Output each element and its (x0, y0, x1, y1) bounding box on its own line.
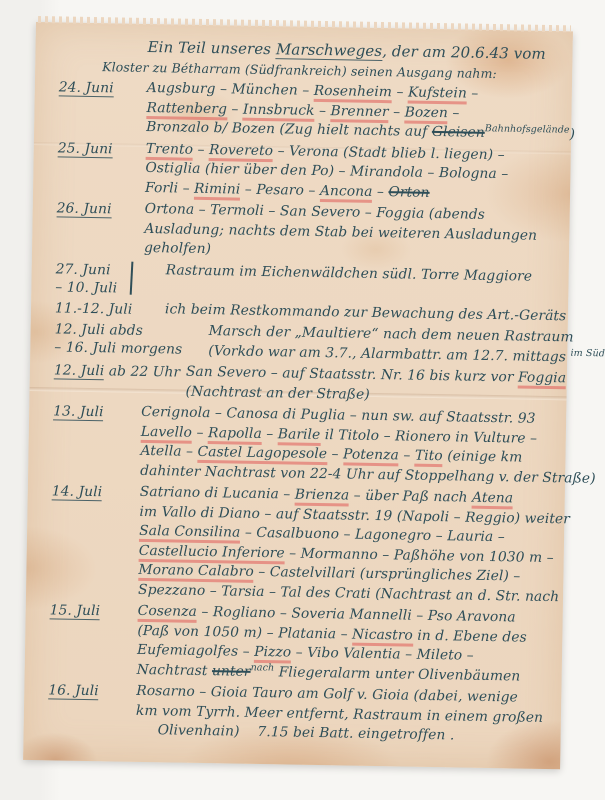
text-run-red: Rapolla (208, 425, 262, 445)
text-run: Fliegeralarm unter Olivenbäumen (274, 664, 520, 684)
entry-text: Rastraum im Eichenwäldchen südl. Torre M… (143, 260, 563, 304)
text-run-inkline: 26. Juni (57, 200, 112, 218)
text-run: Bronzalo b/ Bozen (Zug hielt nachts auf (146, 119, 432, 140)
entry-text: Satriano di Lucania – Brienza – über Paß… (138, 483, 570, 607)
entry-date-line: 26. Juni (57, 199, 145, 219)
text-run: – Mormanno – Paßhöhe von 1030 m – (285, 545, 554, 566)
text-run-strike: Gleisen (432, 124, 485, 141)
page-content: Ein Teil unseres Marschweges, der am 20.… (23, 22, 573, 769)
text-run: geholfen) (144, 240, 211, 257)
text-run: – (262, 426, 278, 442)
text-run: (Paß von 1050 m) – Platania – (137, 622, 352, 642)
entry-date-line: – 16. Juli morgens (54, 338, 142, 358)
entry-date-line: 24. Juni (59, 78, 147, 98)
text-run: , der am 20.6.43 vom (382, 42, 546, 63)
entry-date-line: 16. Juli (48, 681, 136, 701)
scanned-page: Ein Teil unseres Marschweges, der am 20.… (23, 22, 573, 769)
text-run-red: Potenza (343, 446, 399, 466)
entry-row: 24. JuniAugsburg – München – Rosenheim –… (58, 77, 566, 144)
text-run: in d. Ebene des (413, 627, 527, 645)
text-run-red: Morano Calabro (138, 562, 254, 583)
text-run: Eufemiagolfes – (137, 642, 254, 660)
text-run-inkline: 12. Juli (54, 362, 105, 380)
entry-date: 12. Juli abds– 16. Juli morgens (54, 319, 143, 360)
entry-row: 15. JuliCosenza – Rogliano – Soveria Man… (49, 600, 557, 687)
text-run-inkline: 14. Juli (52, 483, 103, 501)
entry-date: 24. Juni (58, 77, 147, 137)
text-run: – (193, 141, 209, 157)
text-run-red: Atena (472, 490, 513, 510)
text-run: (Nachtrast an der Straße) (185, 383, 369, 402)
entry-date-line: 25. Juni (58, 139, 146, 159)
entry-date: 26. Juni (56, 198, 145, 258)
text-run: – Vibo Valentia – Mileto – (291, 645, 474, 664)
entry-date: 11.-12. Juli (55, 298, 143, 319)
text-run: – (392, 84, 408, 100)
text-run: Ortona – Termoli – San Severo – Foggia (… (145, 201, 485, 223)
text-run-inkline: 16. Juli (48, 682, 99, 700)
text-run: Satriano di Lucania – (140, 484, 295, 503)
text-run-red: Lavello (141, 423, 193, 443)
text-run: (einige km (443, 448, 523, 465)
text-run-inkline: 24. Juni (59, 79, 114, 97)
text-run-red: Rovereto (209, 142, 273, 162)
entry-text: Cosenza – Rogliano – Soveria Mannelli – … (137, 602, 557, 687)
entry-row: 26. JuniOrtona – Termoli – San Severo – … (56, 198, 564, 265)
text-run: – Rogliano – Soveria Mannelli – Pso Arav… (197, 604, 516, 626)
text-run: – (372, 183, 388, 199)
entry-text: San Severo – auf Staatsstr. Nr. 16 bis k… (141, 362, 566, 408)
text-run-red: Cosenza (138, 603, 198, 623)
text-run-sup: nach (251, 662, 275, 673)
text-run: – Verona (Stadt blieb l. liegen) – (273, 143, 505, 163)
text-run: 11.-12. Juli (55, 300, 133, 317)
entry-list: 24. JuniAugsburg – München – Rosenheim –… (47, 77, 565, 747)
entry-date-line: 14. Juli (52, 482, 140, 502)
text-run-red: Rimini (194, 180, 241, 200)
text-run-inkline: 13. Juli (53, 403, 104, 421)
entry-date: 13. Juli (52, 401, 141, 481)
text-run: – (327, 446, 343, 462)
entry-row: 13. JuliCerignola – Canosa di Puglia – n… (52, 401, 560, 488)
entry-date: 15. Juli (49, 600, 138, 680)
entry-row: 12. Juli abds– 16. Juli morgensMarsch de… (54, 319, 562, 367)
entry-row: 12. Juli ab 22 UhrSan Severo – auf Staat… (53, 360, 561, 408)
text-run: – Pesaro – (240, 181, 320, 198)
text-run: – über Paß nach (349, 488, 472, 506)
text-run-red: Brienza (295, 487, 350, 507)
entry-date: 14. Juli (50, 481, 140, 600)
entry-text: Augsburg – München – Rosenheim – Kufstei… (146, 79, 576, 145)
text-run: – (314, 102, 330, 118)
text-run: 27. Juni (56, 261, 111, 278)
entry-date: 25. Juni (57, 138, 146, 198)
text-run: – (399, 447, 415, 463)
text-run: Nachtrast (137, 661, 213, 678)
text-run-inkline: 25. Juni (58, 140, 113, 158)
text-run-red: Castel Lagopesole (197, 444, 327, 465)
text-run-red: Trento (146, 140, 194, 160)
text-run: – (192, 424, 208, 440)
text-run: Augsburg – München – (147, 80, 314, 99)
entry-text: Cerignola – Canosa di Puglia – nun sw. a… (140, 403, 597, 489)
text-run: 12. Juli abds (54, 321, 143, 339)
text-run-red: Barile (278, 426, 321, 446)
text-run-red: Brenner (330, 103, 388, 123)
entry-date-line: 11.-12. Juli (55, 299, 143, 319)
text-run: ich beim Restkommando zur Bewachung des … (165, 301, 567, 324)
text-run-red: Nicastro (352, 626, 413, 646)
text-run-red: Foggia (518, 369, 566, 389)
entry-row: 25. JuniTrento – Rovereto – Verona (Stad… (57, 138, 565, 205)
text-run-red: Tito (415, 448, 443, 467)
text-run: Olivenhain) 7.15 bei Batt. eingetroffen … (158, 722, 455, 743)
text-run: – 10. Juli (55, 279, 117, 296)
text-run: – Casalbuono – Lagonegro – Lauria – (240, 525, 505, 546)
text-run: – (467, 86, 479, 102)
text-run-sup: im Süden (570, 347, 605, 359)
text-run-strike: unter (212, 663, 251, 680)
text-run-red: Rosenheim (314, 83, 393, 103)
entry-date-line: 15. Juli (50, 601, 138, 621)
text-run: il Titolo – Rionero in Vulture – (320, 427, 537, 447)
text-run: – (448, 105, 460, 121)
text-run-red: Bozen (404, 104, 448, 124)
text-run-red: Rattenberg (146, 99, 227, 119)
text-run-strike: Orton (388, 184, 429, 201)
text-run: – Castelvillari (ursprüngliches Ziel) – (254, 564, 521, 585)
text-run: ) (569, 126, 575, 142)
text-run: – (389, 104, 405, 120)
entry-date-line: 13. Juli (53, 402, 141, 422)
text-run: Forli – (145, 179, 194, 196)
entry-date: 16. Juli (47, 680, 136, 740)
text-run-red: Sala Consilina (139, 523, 241, 544)
text-run-inkline: 15. Juli (50, 602, 101, 620)
text-run-red: Kufstein (408, 85, 467, 105)
entry-row: 16. JuliRosarno – Gioia Tauro am Golf v.… (47, 680, 555, 747)
entry-row: 14. JuliSatriano di Lucania – Brienza – … (50, 481, 559, 607)
text-run: – (227, 101, 243, 117)
text-run-inkline: Marschweges (276, 40, 383, 61)
text-run: Atella – (140, 443, 197, 460)
entry-text: Ortona – Termoli – San Severo – Foggia (… (144, 200, 564, 266)
text-run-red: Ancona (320, 182, 373, 202)
text-run: Rastraum im Eichenwäldchen südl. Torre M… (166, 262, 533, 284)
entry-date-line: 12. Juli ab 22 Uhr (54, 361, 142, 381)
entry-text: Rosarno – Gioia Tauro am Golf v. Gioia (… (135, 682, 555, 748)
text-run: San Severo – auf Staatsstr. Nr. 16 bis k… (186, 364, 518, 386)
entry-text: Trento – Rovereto – Verona (Stadt blieb … (145, 139, 565, 205)
entry-date: 12. Juli ab 22 Uhr (53, 360, 142, 401)
text-run: Ein Teil unseres (147, 38, 276, 58)
text-run-sup: Bahnhofsgelände (485, 123, 570, 135)
text-run-red: Pizzo (254, 644, 291, 664)
text-run-red: Innsbruck (243, 101, 315, 121)
entry-row: 27. Juni– 10. JuliRastraum im Eichenwäld… (55, 259, 563, 305)
entry-date-line: 12. Juli abds (54, 320, 142, 340)
